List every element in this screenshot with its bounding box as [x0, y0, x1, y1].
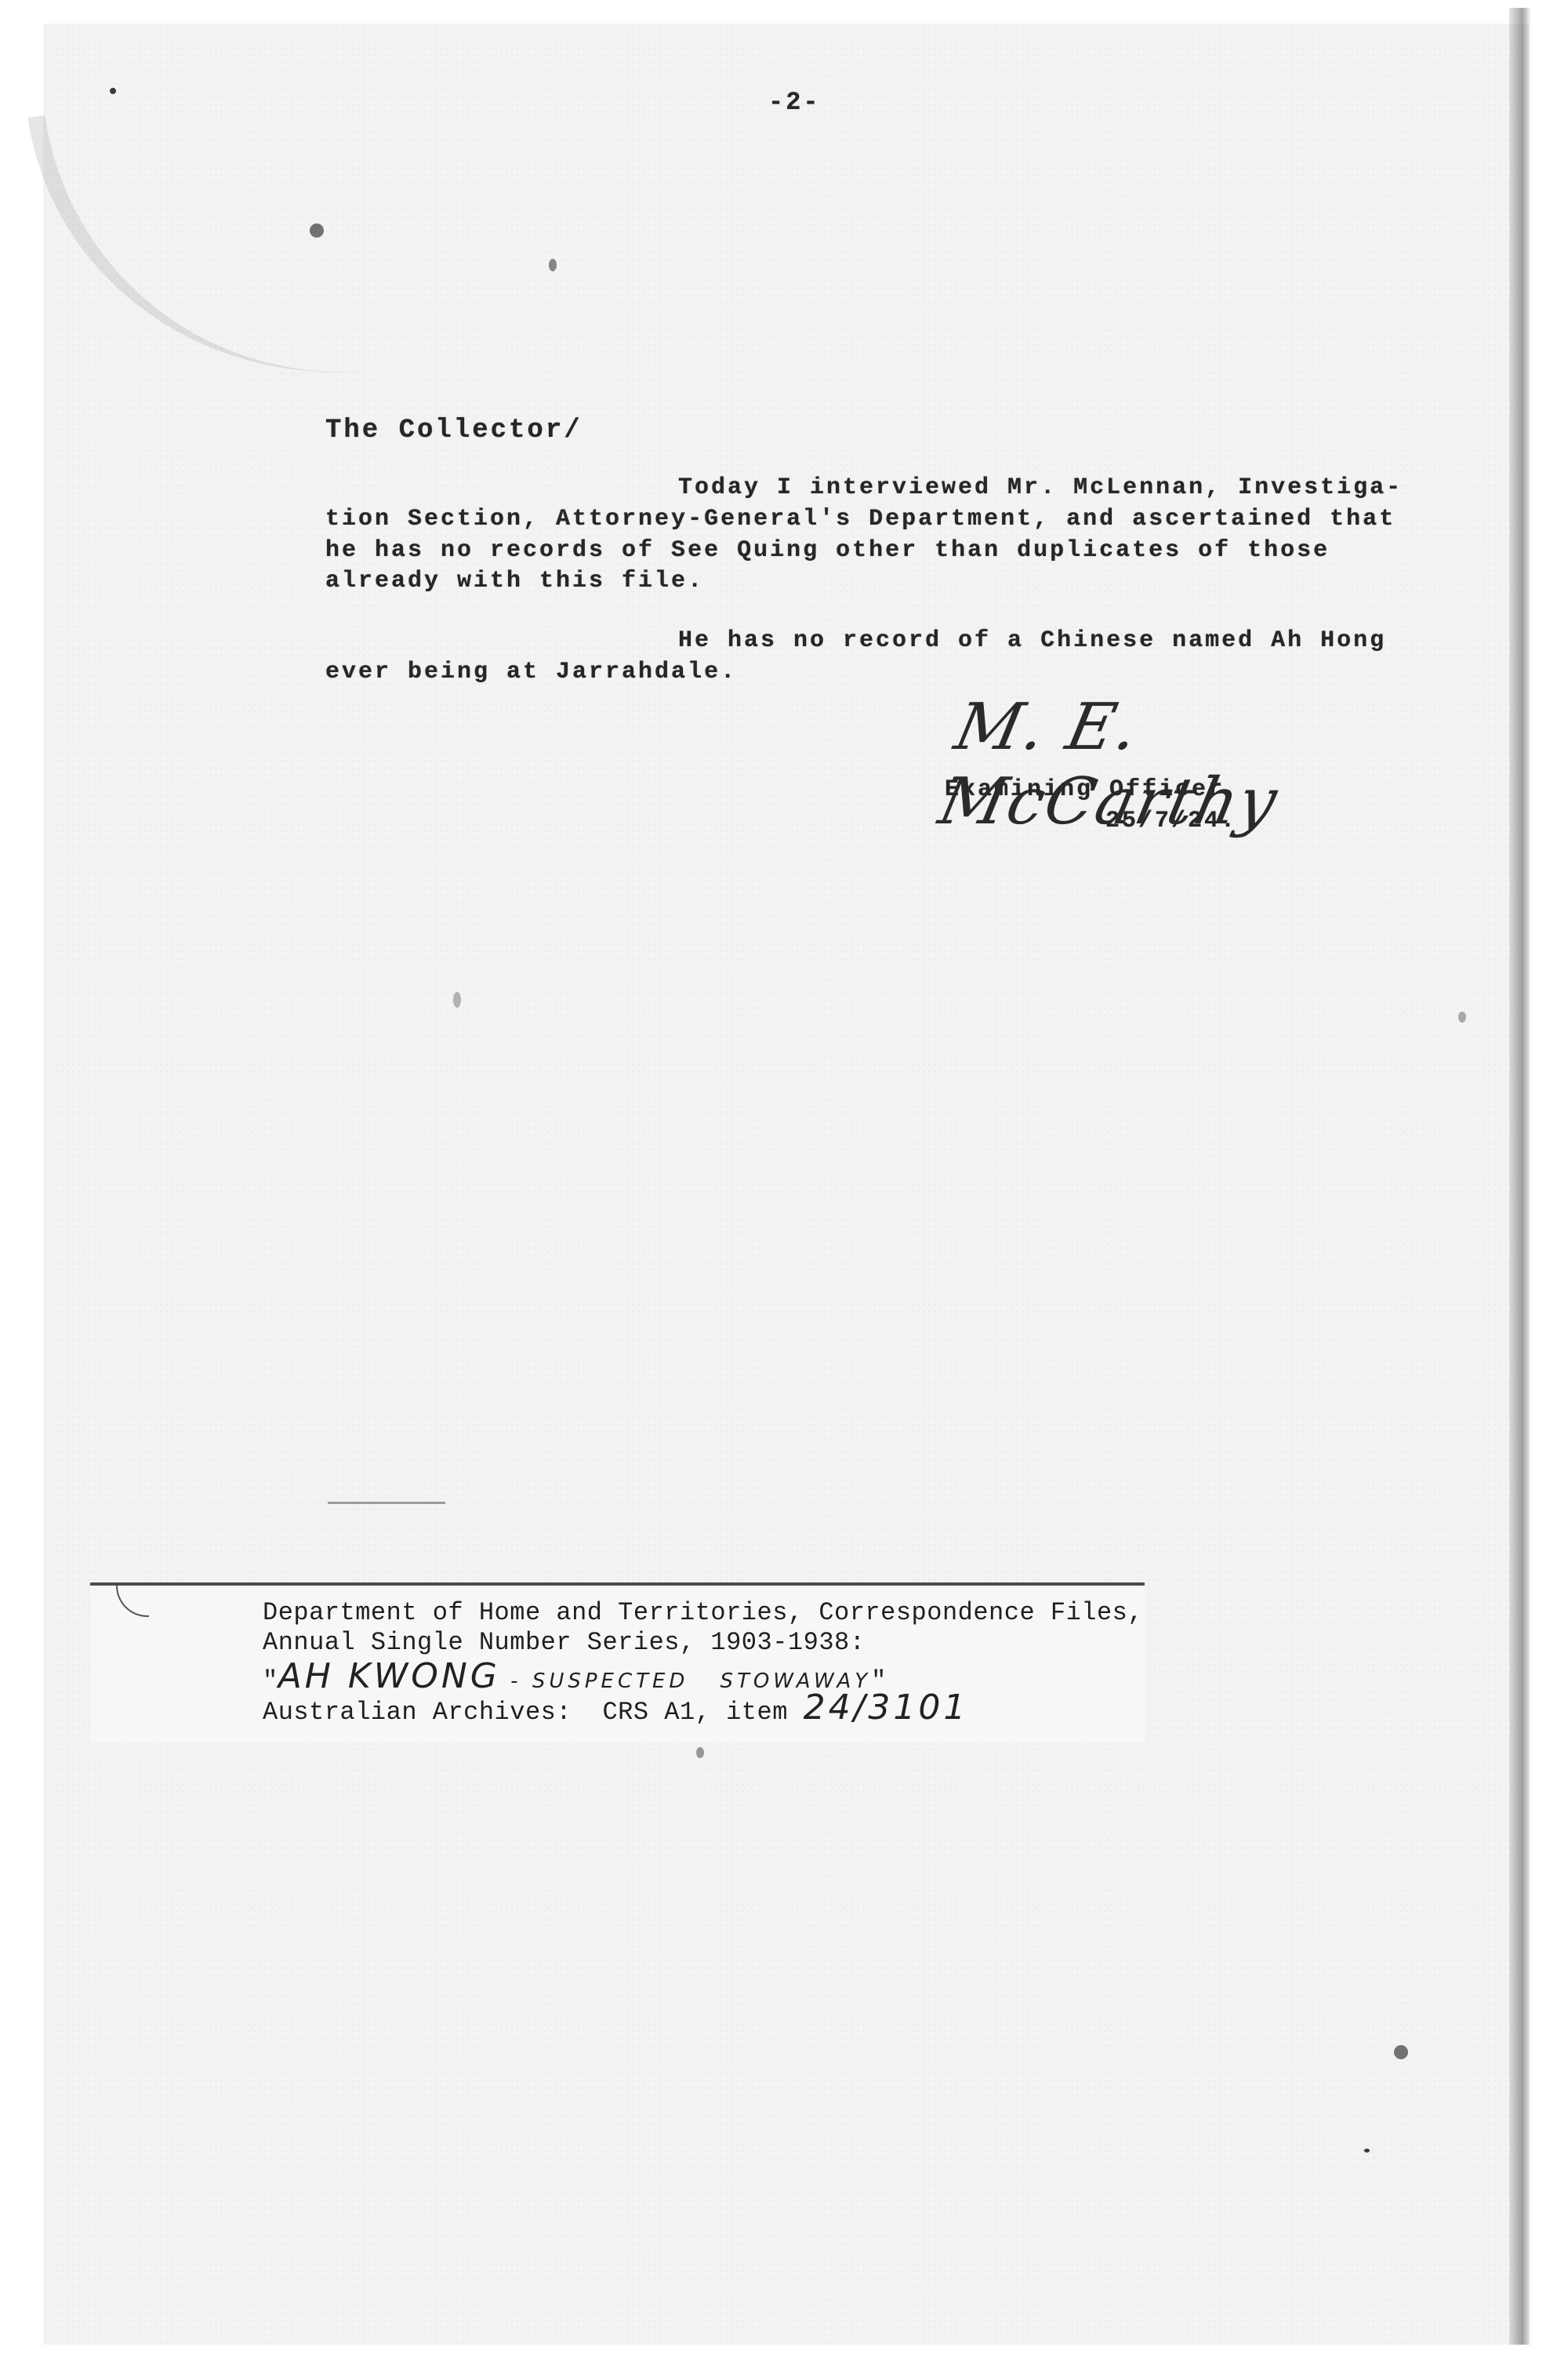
scan-speck: [1364, 2149, 1370, 2153]
scan-speck: [1394, 2045, 1408, 2059]
archive-reference: Australian Archives: CRS A1, item: [263, 1698, 788, 1727]
archive-label-line-4: Australian Archives: CRS A1, item 24/310…: [263, 1688, 968, 1728]
scan-speck: [1458, 1012, 1466, 1023]
handwritten-item-number: 24/3101: [804, 1688, 969, 1728]
scan-speck: [549, 259, 557, 271]
signature-date: 25/7/24.: [1105, 808, 1237, 834]
archive-label-line-1: Department of Home and Territories, Corr…: [263, 1598, 1143, 1627]
addressee: The Collector/: [325, 416, 583, 445]
body-paragraph-2-line-2: ever being at Jarrahdale.: [325, 659, 737, 685]
scan-speck: [310, 223, 324, 238]
body-paragraph-1-line-3: he has no records of See Quing other tha…: [325, 537, 1330, 564]
document-page: [43, 24, 1529, 2345]
body-paragraph-2-line-1: He has no record of a Chinese named Ah H…: [678, 627, 1386, 654]
handwritten-signature: M. E. McCarthy: [949, 690, 1356, 784]
signatory-title: Examining Officer: [945, 776, 1225, 803]
body-paragraph-1-line-1: Today I interviewed Mr. McLennan, Invest…: [678, 474, 1403, 501]
scan-speck: [696, 1747, 704, 1758]
pencil-dash-mark: [328, 1502, 445, 1504]
archive-label-line-2: Annual Single Number Series, 1903-1938:: [263, 1628, 865, 1657]
body-paragraph-1-line-4: already with this file.: [325, 568, 704, 594]
scan-speck: [110, 88, 116, 94]
body-paragraph-1-line-2: tion Section, Attorney-General's Departm…: [325, 506, 1396, 532]
scan-speck: [453, 992, 461, 1008]
page-number: -2-: [768, 88, 821, 117]
scan-right-edge-shadow: [1509, 8, 1531, 2345]
